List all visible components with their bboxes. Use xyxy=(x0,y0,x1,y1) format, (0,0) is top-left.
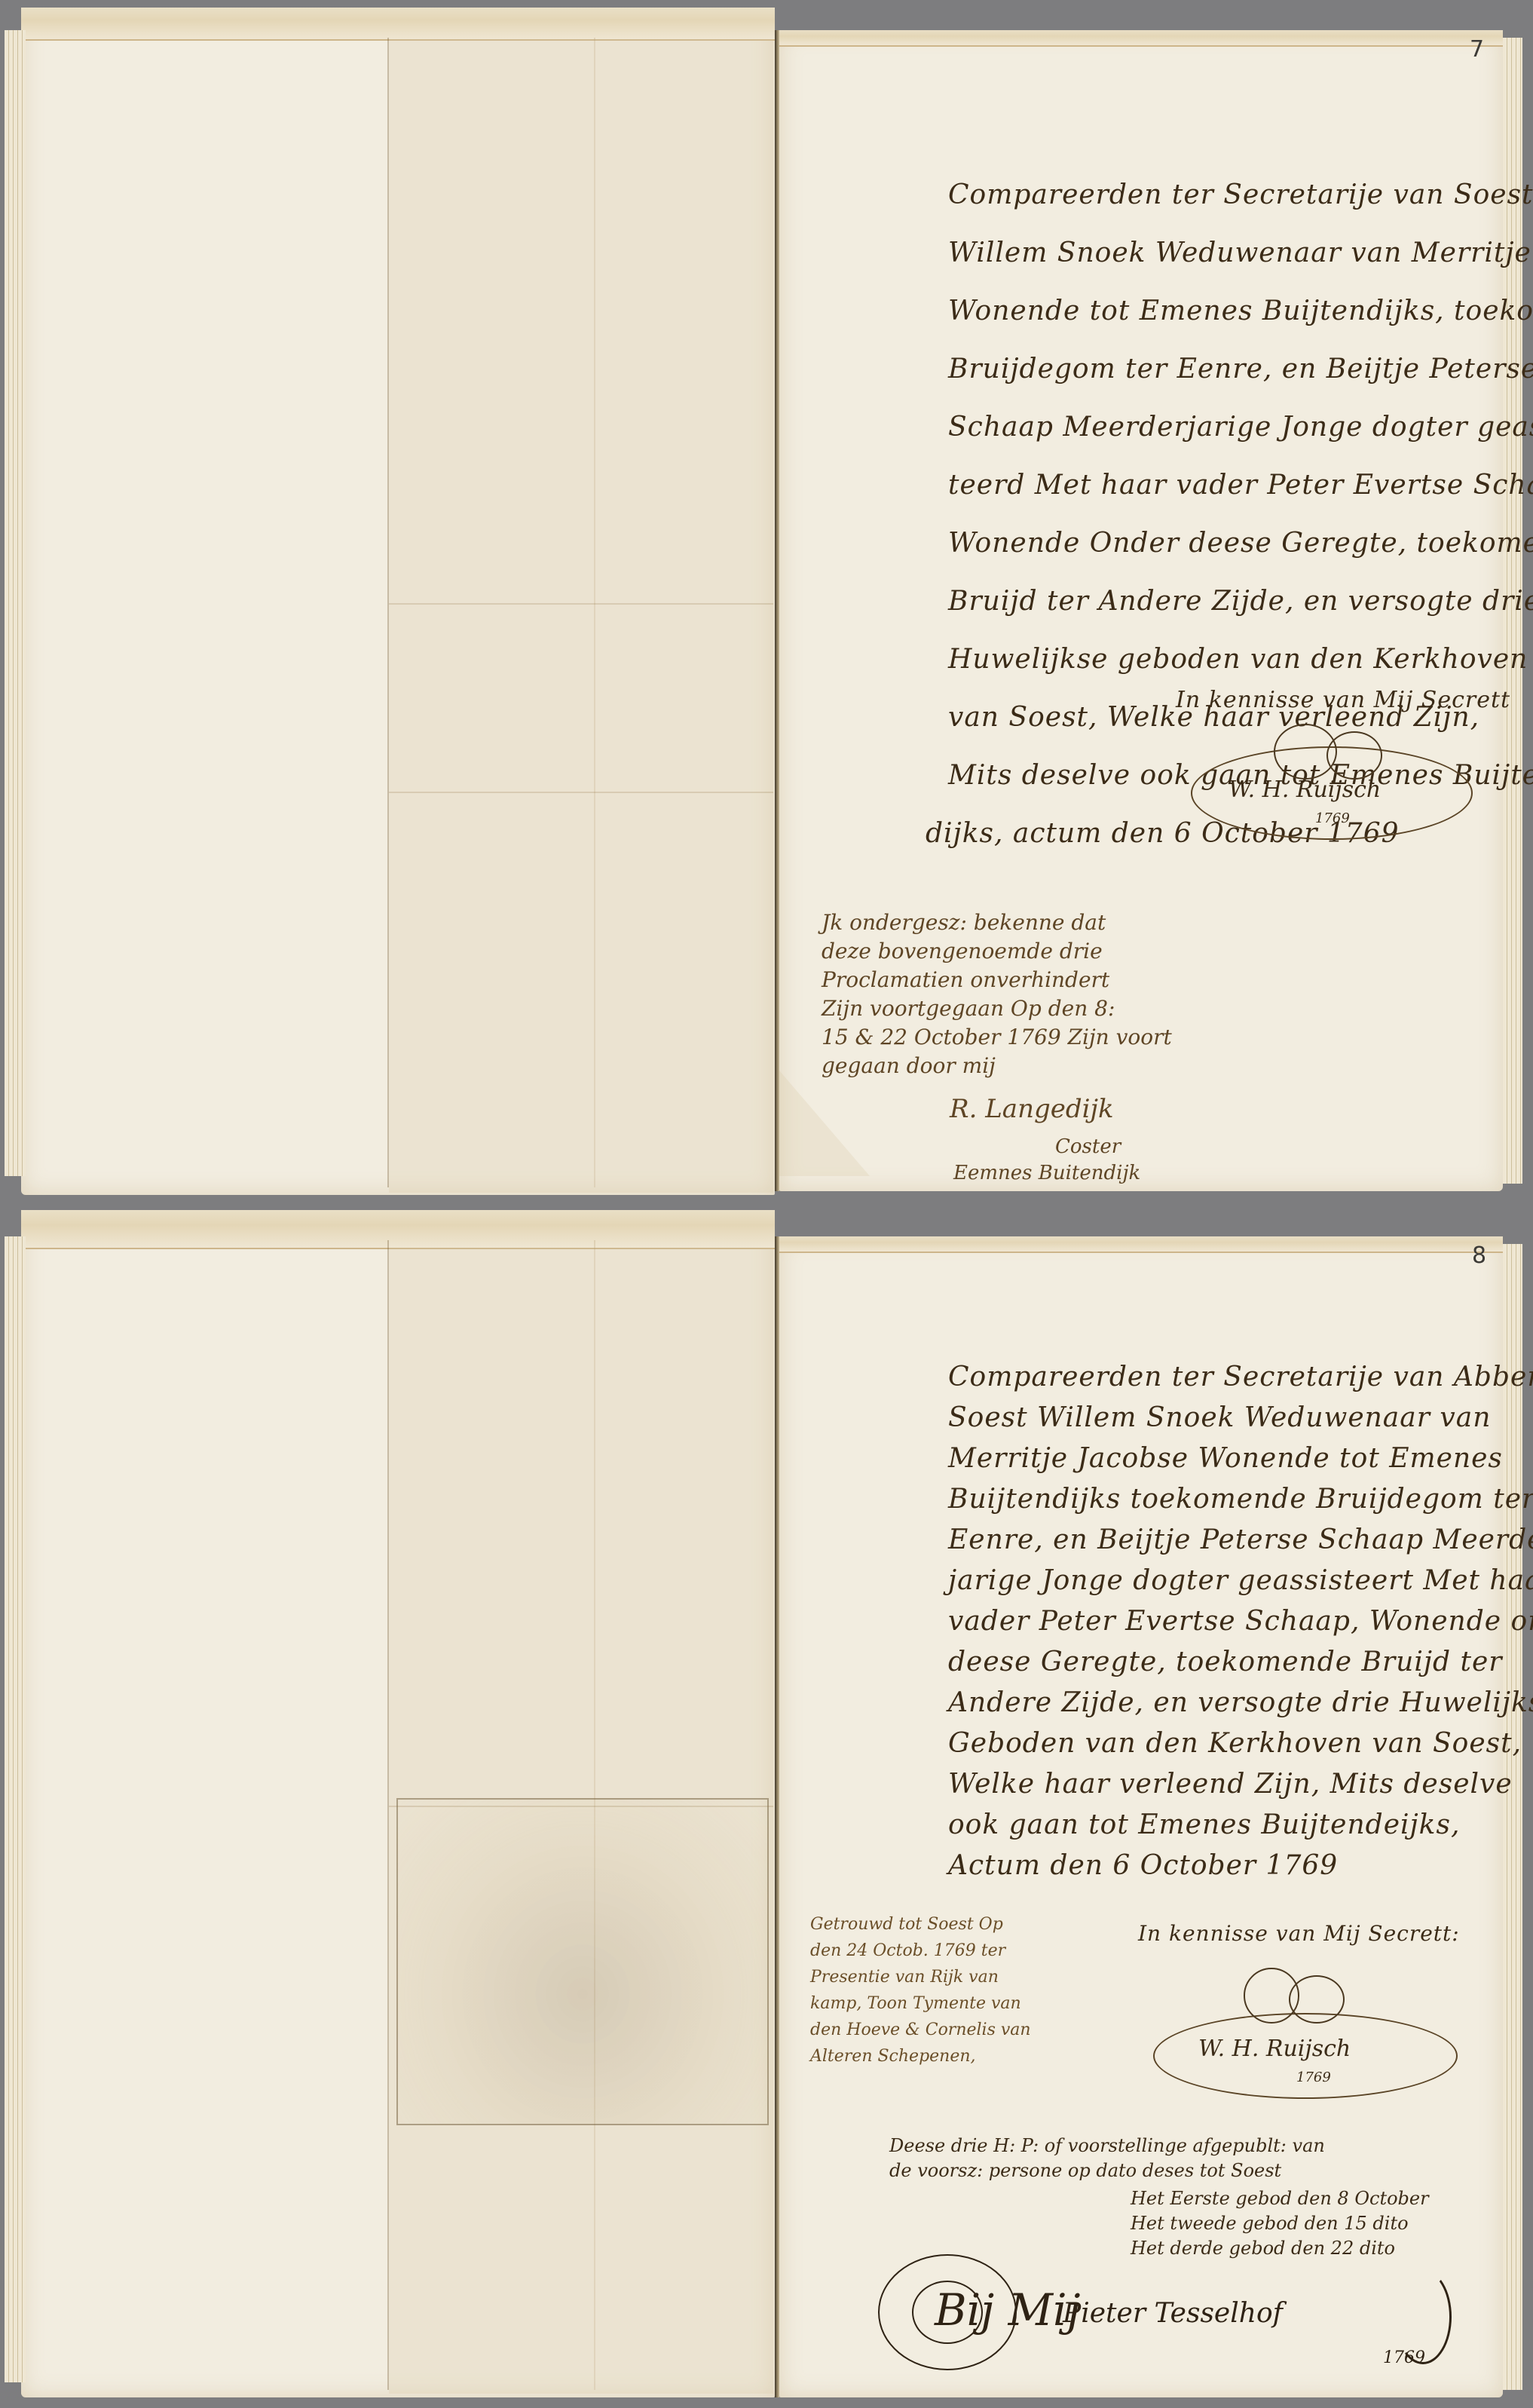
signature-year: 1769 xyxy=(1296,2069,1331,2085)
secretary-signature: W. H. Ruijsch 1769 xyxy=(1183,724,1477,837)
sexton-place: Eemnes Buitendijk xyxy=(953,1161,1140,1186)
marriage-entry: Compareerden ter Secretarije van Abbema … xyxy=(948,1357,1533,1886)
horizontal-fold xyxy=(389,603,773,605)
banns-date: den 8 October xyxy=(1298,2188,1429,2209)
certificate-line: 15 & 22 October 1769 Zijn voort xyxy=(822,1023,1172,1052)
certificate-line: gegaan door mij xyxy=(822,1052,1172,1080)
banns-row: Het derde gebod den 22 dito xyxy=(1131,2236,1429,2261)
sexton-title: Coster xyxy=(1055,1135,1121,1160)
entry-line: ook gaan tot Emenes Buijtendeijks, xyxy=(948,1805,1533,1846)
ink-offset-stain xyxy=(396,1798,769,2125)
page-stack-left xyxy=(5,30,26,1176)
certificate-line: Proclamatien onverhindert xyxy=(822,966,1172,994)
banns-row: Het Eerste gebod den 8 October xyxy=(1131,2186,1429,2211)
entry-line: Wonende Onder deese Geregte, toekomende xyxy=(948,514,1533,572)
margin-note-line: Alteren Schepenen, xyxy=(810,2043,1031,2069)
banns-date: den 15 dito xyxy=(1305,2213,1409,2234)
entry-line: Buijtendijks toekomende Bruijdegom ter xyxy=(948,1479,1533,1520)
entry-line: Actum den 6 October 1769 xyxy=(948,1846,1533,1886)
page-top-edge xyxy=(21,1210,775,1249)
left-page-blank xyxy=(21,8,775,1195)
entry-line: Eenre, en Beijtje Peterse Schaap Meerder… xyxy=(948,1520,1533,1561)
entry-line: Soest Willem Snoek Weduwenaar van xyxy=(948,1398,1533,1438)
signature-name: W. H. Ruijsch xyxy=(1229,777,1381,803)
margin-note-line: Presentie van Rijk van xyxy=(810,1964,1031,1990)
signature-flourish-icon xyxy=(1289,1975,1345,2024)
entry-line: Schaap Meerderjarige Jonge dogter geassi… xyxy=(948,398,1533,456)
page-top-edge xyxy=(779,30,1503,47)
certificate-line: Jk ondergesz: bekenne dat xyxy=(822,908,1172,937)
attestation-text: In kennisse van Mij Secrett xyxy=(1176,671,1510,729)
final-signature-name: Pieter Tesselhof xyxy=(1063,2298,1283,2329)
entry-line: Bruijd ter Andere Zijde, en versogte dri… xyxy=(948,572,1533,630)
proclamation-certificate: Jk ondergesz: bekenne dat deze bovengeno… xyxy=(822,908,1172,1080)
entry-line: Wonende tot Emenes Buijtendijks, toekome… xyxy=(948,282,1533,340)
entry-line: Welke haar verleend Zijn, Mits deselve xyxy=(948,1764,1533,1805)
marriage-margin-note: Getrouwd tot Soest Op den 24 Octob. 1769… xyxy=(810,1911,1031,2069)
spread-top: 7 Compareerden ter Secretarije van Soest… xyxy=(0,0,1533,1199)
entry-line: jarige Jonge dogter geassisteert Met haa… xyxy=(948,1561,1533,1601)
proclamation-note: Deese drie H: P: of voorstellinge afgepu… xyxy=(889,2134,1325,2183)
banns-row: Het tweede gebod den 15 dito xyxy=(1131,2211,1429,2236)
margin-note-line: Getrouwd tot Soest Op xyxy=(810,1911,1031,1938)
signature-flourish-icon xyxy=(1326,731,1382,780)
margin-note-line: kamp, Toon Tymente van xyxy=(810,1990,1031,2017)
entry-line: teerd Met haar vader Peter Evertse Schaa… xyxy=(948,456,1533,514)
page-number: 7 xyxy=(1470,36,1484,63)
entry-line: Andere Zijde, en versogte drie Huwelijks… xyxy=(948,1683,1533,1723)
banns-label: Het Eerste gebod xyxy=(1131,2188,1292,2209)
banns-label: Het derde gebod xyxy=(1131,2238,1285,2259)
margin-note-line: den 24 Octob. 1769 ter xyxy=(810,1938,1031,1964)
corner-offset-stain xyxy=(779,1071,870,1176)
horizontal-fold xyxy=(389,1806,773,1807)
certificate-line: Zijn voortgegaan Op den 8: xyxy=(822,994,1172,1023)
spread-bottom: 8 Compareerden ter Secretarije van Abbem… xyxy=(0,1206,1533,2408)
banns-date: den 22 dito xyxy=(1291,2238,1395,2259)
horizontal-fold xyxy=(389,792,773,793)
entry-line: Merritje Jacobse Wonende tot Emenes xyxy=(948,1438,1533,1479)
proclamation-line: Deese drie H: P: of voorstellinge afgepu… xyxy=(889,2134,1325,2158)
margin-note-line: den Hoeve & Cornelis van xyxy=(810,2017,1031,2043)
page-top-edge xyxy=(21,8,775,41)
entry-line: deese Geregte, toekomende Bruijd ter xyxy=(948,1642,1533,1683)
sexton-signature: R. Langedijk xyxy=(950,1097,1114,1122)
certificate-line: deze bovengenoemde drie xyxy=(822,937,1172,966)
entry-line: Bruijdegom ter Eenre, en Beijtje Peterse xyxy=(948,340,1533,398)
secretary-signature: W. H. Ruijsch 1769 xyxy=(1153,1968,1470,2096)
banns-list: Het Eerste gebod den 8 October Het tweed… xyxy=(1131,2186,1429,2261)
entry-line: vader Peter Evertse Schaap, Wonende onde… xyxy=(948,1601,1533,1642)
attestation-text: In kennisse van Mij Secrett: xyxy=(1138,1915,1460,1953)
signature-year: 1769 xyxy=(1315,810,1350,826)
entry-line: Compareerden ter Secretarije van Soest A… xyxy=(948,166,1533,224)
signature-name: W. H. Ruijsch xyxy=(1198,2036,1351,2062)
stain-panel xyxy=(389,39,773,1193)
final-signature-year: 1769 xyxy=(1383,2348,1425,2367)
final-signature-prefix: Bij Mij xyxy=(935,2284,1081,2336)
entry-line: Willem Snoek Weduwenaar van Merritje Jac… xyxy=(948,224,1533,282)
page-number: 8 xyxy=(1472,1242,1486,1269)
entry-line: Geboden van den Kerkhoven van Soest, xyxy=(948,1723,1533,1764)
banns-label: Het tweede gebod xyxy=(1131,2213,1299,2234)
page-stack-left xyxy=(5,1236,26,2382)
entry-line: Compareerden ter Secretarije van Abbema xyxy=(948,1357,1533,1398)
proclamation-line: de voorsz: persone op dato deses tot Soe… xyxy=(889,2158,1325,2183)
left-page-blank xyxy=(21,1210,775,2397)
page-top-edge xyxy=(779,1236,1503,1253)
